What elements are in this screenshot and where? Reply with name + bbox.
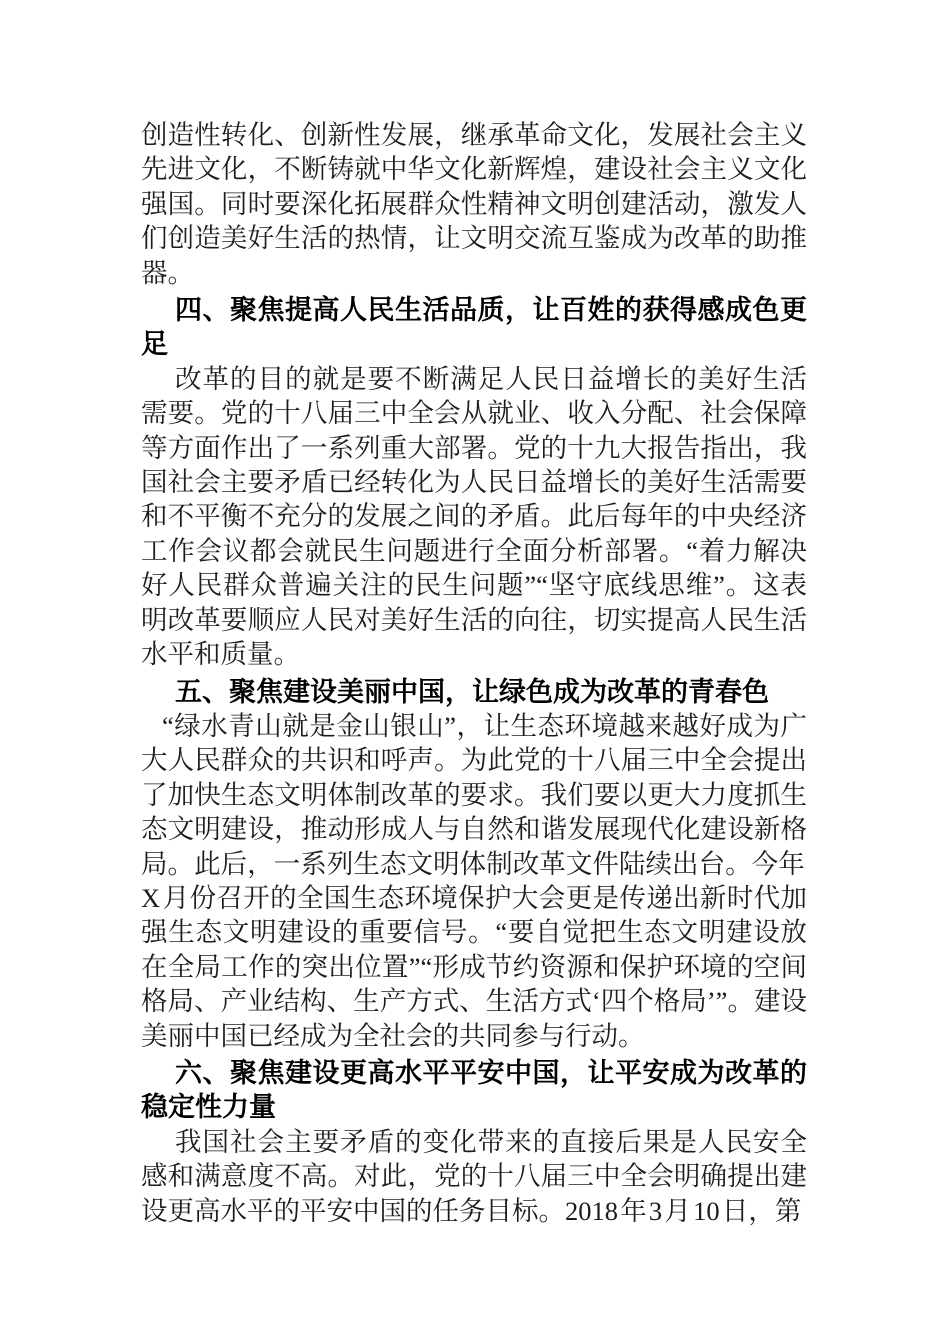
paragraph-people-livelihood: 改革的目的就是要不断满足人民日益增长的美好生活需要。党的十八届三中全会从就业、收… <box>141 362 807 672</box>
paragraph-safe-china: 我国社会主要矛盾的变化带来的直接后果是人民安全感和满意度不高。对此，党的十八届三… <box>141 1125 807 1228</box>
heading-section-five: 五、聚焦建设美丽中国，让绿色成为改革的青春色 <box>141 675 807 709</box>
paragraph-culture-continuation: 创造性转化、创新性发展，继承革命文化，发展社会主义先进文化，不断铸就中华文化新辉… <box>141 118 807 290</box>
heading-section-four: 四、聚焦提高人民生活品质，让百姓的获得感成色更足 <box>141 293 807 362</box>
document-page: 创造性转化、创新性发展，继承革命文化，发展社会主义先进文化，不断铸就中华文化新辉… <box>0 0 950 1344</box>
heading-section-six: 六、聚焦建设更高水平平安中国，让平安成为改革的稳定性力量 <box>141 1056 807 1125</box>
paragraph-beautiful-china: “绿水青山就是金山银山”，让生态环境越来越好成为广大人民群众的共识和呼声。为此党… <box>141 709 807 1053</box>
